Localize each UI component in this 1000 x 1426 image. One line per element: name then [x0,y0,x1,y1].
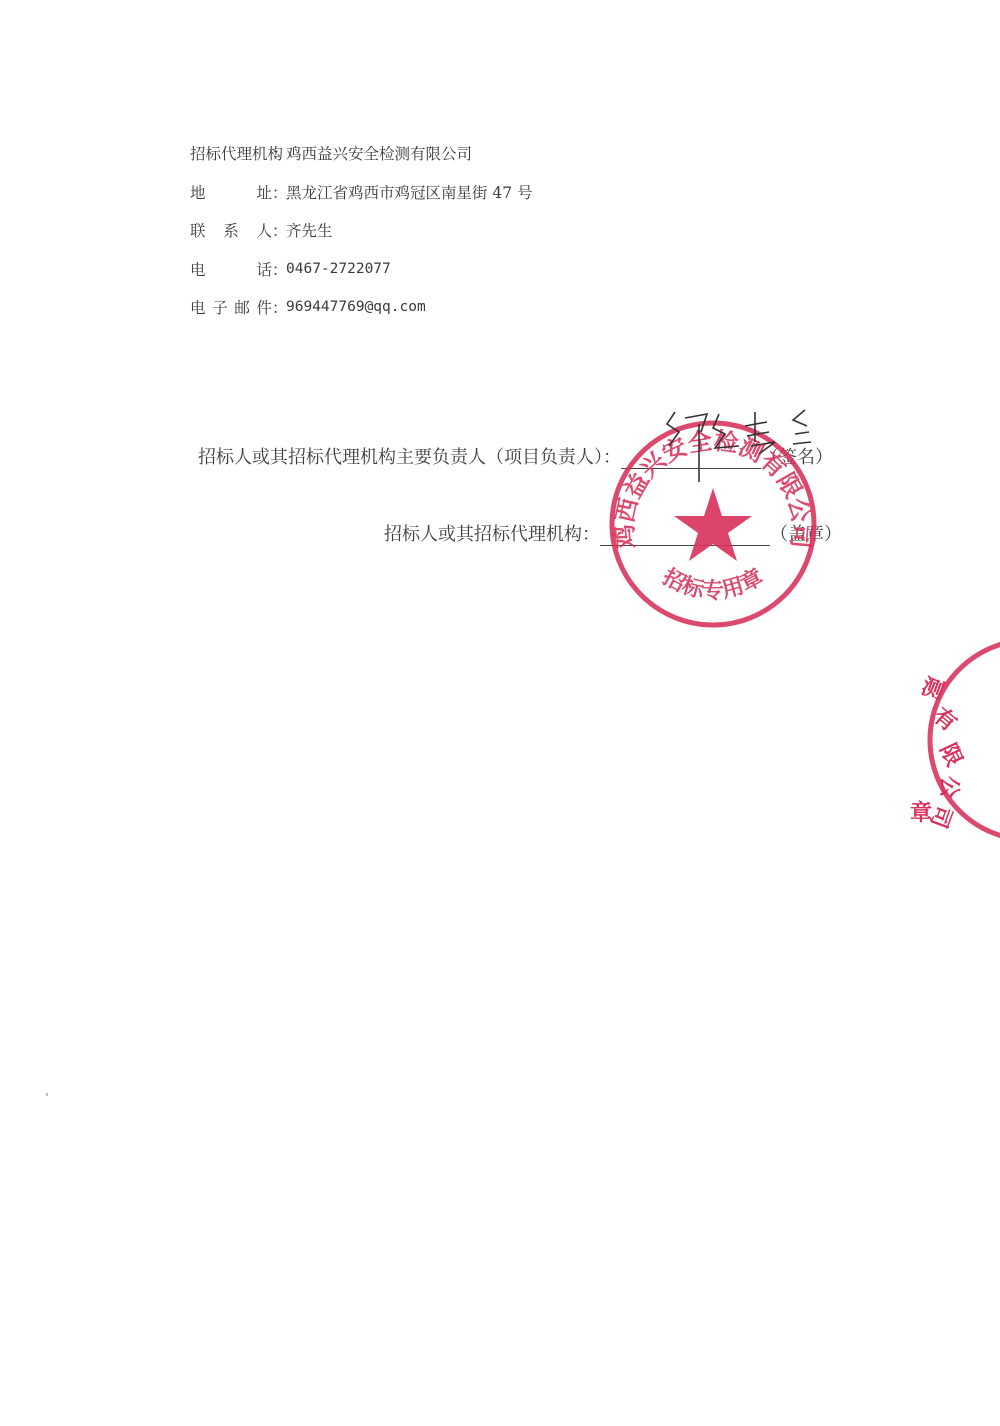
svg-text:测: 测 [918,674,947,705]
svg-text:司: 司 [925,802,956,831]
seal-suffix: （盖章） [770,524,842,545]
agency-value: 鸡西益兴安全检测有限公司 [286,142,472,164]
contact-person-label: 联系人 [190,219,272,241]
email-label: 电子邮件 [190,296,272,318]
signature-suffix: （签名） [761,447,833,468]
svg-text:招标专用章: 招标专用章 [658,564,767,604]
signature-blank [621,448,761,469]
agency-seal-line: 招标人或其招标代理机构：（盖章） [384,520,842,546]
address-label: 地址 [190,181,272,203]
responsible-label: 招标人或其招标代理机构主要负责人（项目负责人）： [198,447,621,468]
svg-text:公: 公 [936,776,961,799]
scan-speck [46,1093,48,1096]
contact-row-address: 地址 ： 黑龙江省鸡西市鸡冠区南星街 47 号 [190,173,533,212]
address-value: 黑龙江省鸡西市鸡冠区南星街 47 号 [286,181,533,203]
contact-row-person: 联系人 ： 齐先生 [190,211,533,250]
seal-type-text: 招标专用章 [658,564,767,604]
contact-person-value: 齐先生 [286,219,333,241]
contact-row-phone: 电话 ： 0467-2722077 [190,250,533,289]
email-value: 969447769@qq.com [286,299,426,315]
partial-seal-bottom-text: 章 [910,800,932,826]
partial-seal-stamp: 测 有 限 公 司 章 [880,630,1000,850]
seal-blank [600,525,770,546]
contact-info: 招标代理机构 ： 鸡西益兴安全检测有限公司 地址 ： 黑龙江省鸡西市鸡冠区南星街… [190,134,533,327]
svg-text:限: 限 [935,740,967,771]
phone-value: 0467-2722077 [286,261,391,277]
agency-label: 招标代理机构 [190,142,272,164]
svg-text:有: 有 [928,703,962,737]
phone-label: 电话 [190,258,272,280]
responsible-signature-line: 招标人或其招标代理机构主要负责人（项目负责人）：（签名） [198,443,833,469]
contact-row-email: 电子邮件 ： 969447769@qq.com [190,288,533,327]
contact-row-agency: 招标代理机构 ： 鸡西益兴安全检测有限公司 [190,134,533,173]
agency-seal-label: 招标人或其招标代理机构： [384,524,600,545]
